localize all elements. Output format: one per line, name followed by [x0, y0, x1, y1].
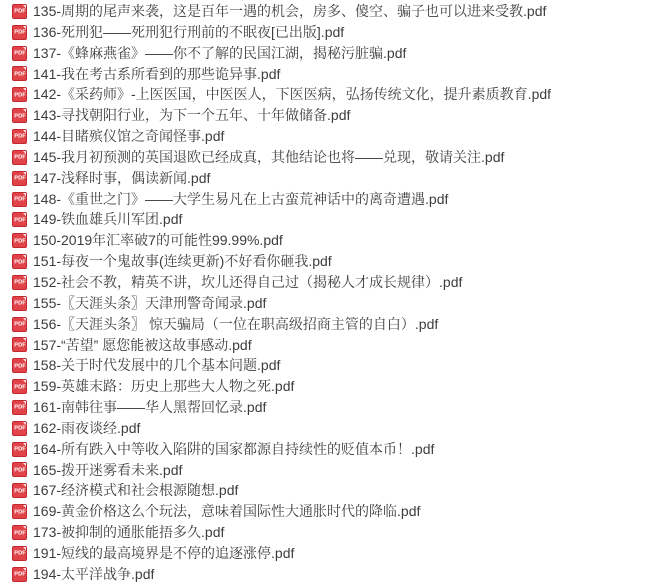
- pdf-file-icon: PDF: [12, 400, 27, 415]
- page-fold-corner: [22, 442, 27, 447]
- page-fold-corner: [22, 25, 27, 30]
- page-fold-corner: [22, 379, 27, 384]
- file-row[interactable]: PDF 167-经济模式和社会根源随想.pdf: [0, 480, 651, 501]
- pdf-icon-text: PDF: [14, 9, 26, 15]
- pdf-file-icon: PDF: [12, 212, 27, 227]
- file-row[interactable]: PDF 136-死刑犯——死刑犯行刑前的不眠夜[已出版].pdf: [0, 22, 651, 43]
- pdf-icon-text: PDF: [14, 196, 26, 202]
- page-fold-corner: [22, 400, 27, 405]
- pdf-file-icon: PDF: [12, 254, 27, 269]
- pdf-icon-text: PDF: [14, 384, 26, 390]
- file-name-label[interactable]: 142-《采药师》-上医医国，中医医人，下医医病，弘扬传统文化，提升素质教育.p…: [33, 84, 551, 105]
- pdf-file-icon: PDF: [12, 296, 27, 311]
- page-fold-corner: [22, 421, 27, 426]
- file-name-label[interactable]: 152-社会不教，精英不讲，坎儿还得自己过（揭秘人才成长规律）.pdf: [33, 272, 462, 293]
- page-fold-corner: [22, 192, 27, 197]
- file-name-label[interactable]: 137-《蜂麻燕雀》——你不了解的民国江湖，揭秘污脏骗.pdf: [33, 43, 406, 64]
- page-fold-corner: [22, 546, 27, 551]
- pdf-icon-text: PDF: [14, 425, 26, 431]
- page-fold-corner: [22, 212, 27, 217]
- file-row[interactable]: PDF 156-〖天涯头条〗 惊天骗局（一位在职高级招商主管的自白）.pdf: [0, 314, 651, 335]
- file-name-label[interactable]: 144-目睹殡仪馆之奇闻怪事.pdf: [33, 126, 224, 147]
- pdf-icon-text: PDF: [14, 259, 26, 265]
- pdf-file-icon: PDF: [12, 567, 27, 582]
- file-name-label[interactable]: 158-关于时代发展中的几个基本问题.pdf: [33, 355, 280, 376]
- pdf-file-icon: PDF: [12, 192, 27, 207]
- page-fold-corner: [22, 46, 27, 51]
- page-fold-corner: [22, 171, 27, 176]
- pdf-file-icon: PDF: [12, 233, 27, 248]
- file-name-label[interactable]: 148-《重世之门》——大学生易凡在上古蛮荒神话中的离奇遭遇.pdf: [33, 189, 448, 210]
- file-name-label[interactable]: 151-每夜一个鬼故事(连续更新)不好看你砸我.pdf: [33, 251, 332, 272]
- pdf-file-icon: PDF: [12, 442, 27, 457]
- page-fold-corner: [22, 504, 27, 509]
- file-row[interactable]: PDF 144-目睹殡仪馆之奇闻怪事.pdf: [0, 126, 651, 147]
- page-fold-corner: [22, 337, 27, 342]
- file-name-label[interactable]: 173-被抑制的通胀能捂多久.pdf: [33, 522, 224, 543]
- pdf-icon-text: PDF: [14, 280, 26, 286]
- pdf-file-icon: PDF: [12, 275, 27, 290]
- file-row[interactable]: PDF 145-我月初预测的英国退欧已经成真，其他结论也将——兑现，敬请关注.p…: [0, 147, 651, 168]
- file-row[interactable]: PDF 152-社会不教，精英不讲，坎儿还得自己过（揭秘人才成长规律）.pdf: [0, 272, 651, 293]
- pdf-icon-text: PDF: [14, 321, 26, 327]
- pdf-icon-text: PDF: [14, 50, 26, 56]
- file-row[interactable]: PDF 194-太平洋战争.pdf: [0, 564, 651, 585]
- file-name-label[interactable]: 150-2019年汇率破7的可能性99.99%.pdf: [33, 230, 283, 251]
- pdf-icon-text: PDF: [14, 571, 26, 577]
- file-name-label[interactable]: 141-我在考古系所看到的那些诡异事.pdf: [33, 64, 280, 85]
- file-row[interactable]: PDF 151-每夜一个鬼故事(连续更新)不好看你砸我.pdf: [0, 251, 651, 272]
- pdf-file-icon: PDF: [12, 421, 27, 436]
- file-row[interactable]: PDF 169-黄金价格这么个玩法，意味着国际性大通胀时代的降临.pdf: [0, 501, 651, 522]
- pdf-file-icon: PDF: [12, 483, 27, 498]
- page-fold-corner: [22, 483, 27, 488]
- pdf-icon-text: PDF: [14, 405, 26, 411]
- file-name-label[interactable]: 135-周期的尾声来袭，这是百年一遇的机会，房多、傻空、骗子也可以进来受教.pd…: [33, 1, 546, 22]
- file-row[interactable]: PDF 161-南韩往事——华人黑帮回忆录.pdf: [0, 397, 651, 418]
- page-fold-corner: [22, 525, 27, 530]
- pdf-file-icon: PDF: [12, 462, 27, 477]
- pdf-icon-text: PDF: [14, 550, 26, 556]
- pdf-icon-text: PDF: [14, 238, 26, 244]
- file-name-label[interactable]: 161-南韩往事——华人黑帮回忆录.pdf: [33, 397, 266, 418]
- pdf-icon-text: PDF: [14, 134, 26, 140]
- pdf-icon-text: PDF: [14, 509, 26, 515]
- page-fold-corner: [22, 129, 27, 134]
- pdf-file-icon: PDF: [12, 317, 27, 332]
- file-name-label[interactable]: 165-拨开迷雾看未来.pdf: [33, 460, 182, 481]
- file-row[interactable]: PDF 164-所有跌入中等收入陷阱的国家都源自持续性的贬值本币！.pdf: [0, 439, 651, 460]
- page-fold-corner: [22, 87, 27, 92]
- page-fold-corner: [22, 4, 27, 9]
- pdf-icon-text: PDF: [14, 300, 26, 306]
- pdf-icon-text: PDF: [14, 175, 26, 181]
- file-name-label[interactable]: 149-铁血雄兵川军团.pdf: [33, 209, 182, 230]
- pdf-file-icon: PDF: [12, 379, 27, 394]
- file-row[interactable]: PDF 155-〖天涯头条〗天津刑警奇闻录.pdf: [0, 293, 651, 314]
- file-name-label[interactable]: 164-所有跌入中等收入陷阱的国家都源自持续性的贬值本币！.pdf: [33, 439, 434, 460]
- pdf-icon-text: PDF: [14, 92, 26, 98]
- pdf-icon-text: PDF: [14, 446, 26, 452]
- pdf-file-icon: PDF: [12, 25, 27, 40]
- file-name-label[interactable]: 159-英雄末路：历史上那些大人物之死.pdf: [33, 376, 294, 397]
- pdf-icon-text: PDF: [14, 113, 26, 119]
- pdf-icon-text: PDF: [14, 71, 26, 77]
- file-name-label[interactable]: 157-“苦望” 愿您能被这故事感动.pdf: [33, 335, 252, 356]
- file-row[interactable]: PDF 165-拨开迷雾看未来.pdf: [0, 460, 651, 481]
- file-name-label[interactable]: 194-太平洋战争.pdf: [33, 564, 154, 585]
- pdf-file-icon: PDF: [12, 66, 27, 81]
- pdf-file-icon: PDF: [12, 525, 27, 540]
- file-name-label[interactable]: 145-我月初预测的英国退欧已经成真，其他结论也将——兑现，敬请关注.pdf: [33, 147, 504, 168]
- file-name-label[interactable]: 156-〖天涯头条〗 惊天骗局（一位在职高级招商主管的自白）.pdf: [33, 314, 438, 335]
- pdf-file-icon: PDF: [12, 87, 27, 102]
- file-row[interactable]: PDF 162-雨夜谈经.pdf: [0, 418, 651, 439]
- page-fold-corner: [22, 358, 27, 363]
- pdf-file-icon: PDF: [12, 150, 27, 165]
- file-name-label[interactable]: 167-经济模式和社会根源随想.pdf: [33, 480, 238, 501]
- page-fold-corner: [22, 254, 27, 259]
- file-name-label[interactable]: 155-〖天涯头条〗天津刑警奇闻录.pdf: [33, 293, 266, 314]
- file-row[interactable]: PDF 149-铁血雄兵川军团.pdf: [0, 209, 651, 230]
- page-fold-corner: [22, 567, 27, 572]
- page-fold-corner: [22, 66, 27, 71]
- file-name-label[interactable]: 143-寻找朝阳行业，为下一个五年、十年做储备.pdf: [33, 105, 350, 126]
- pdf-icon-text: PDF: [14, 530, 26, 536]
- file-name-label[interactable]: 136-死刑犯——死刑犯行刑前的不眠夜[已出版].pdf: [33, 22, 344, 43]
- pdf-icon-text: PDF: [14, 467, 26, 473]
- pdf-file-icon: PDF: [12, 171, 27, 186]
- file-row[interactable]: PDF 191-短线的最高境界是不停的追逐涨停.pdf: [0, 543, 651, 564]
- file-row[interactable]: PDF 147-浅释时事，偶读新闻.pdf: [0, 168, 651, 189]
- page-fold-corner: [22, 233, 27, 238]
- file-row[interactable]: PDF 143-寻找朝阳行业，为下一个五年、十年做储备.pdf: [0, 105, 651, 126]
- file-name-label[interactable]: 147-浅释时事，偶读新闻.pdf: [33, 168, 210, 189]
- pdf-file-icon: PDF: [12, 337, 27, 352]
- page-fold-corner: [22, 275, 27, 280]
- file-row[interactable]: PDF 158-关于时代发展中的几个基本问题.pdf: [0, 355, 651, 376]
- file-name-label[interactable]: 169-黄金价格这么个玩法，意味着国际性大通胀时代的降临.pdf: [33, 501, 420, 522]
- page-fold-corner: [22, 150, 27, 155]
- file-row[interactable]: PDF 137-《蜂麻燕雀》——你不了解的民国江湖，揭秘污脏骗.pdf: [0, 43, 651, 64]
- pdf-icon-text: PDF: [14, 29, 26, 35]
- pdf-file-icon: PDF: [12, 129, 27, 144]
- pdf-file-icon: PDF: [12, 504, 27, 519]
- pdf-file-icon: PDF: [12, 108, 27, 123]
- file-row[interactable]: PDF 150-2019年汇率破7的可能性99.99%.pdf: [0, 230, 651, 251]
- file-row[interactable]: PDF 173-被抑制的通胀能捂多久.pdf: [0, 522, 651, 543]
- page-fold-corner: [22, 317, 27, 322]
- pdf-file-icon: PDF: [12, 546, 27, 561]
- pdf-icon-text: PDF: [14, 217, 26, 223]
- page-fold-corner: [22, 462, 27, 467]
- pdf-icon-text: PDF: [14, 342, 26, 348]
- page-fold-corner: [22, 108, 27, 113]
- file-row[interactable]: PDF 141-我在考古系所看到的那些诡异事.pdf: [0, 64, 651, 85]
- file-name-label[interactable]: 162-雨夜谈经.pdf: [33, 418, 140, 439]
- page-fold-corner: [22, 296, 27, 301]
- pdf-file-icon: PDF: [12, 358, 27, 373]
- pdf-file-icon: PDF: [12, 4, 27, 19]
- file-row[interactable]: PDF 148-《重世之门》——大学生易凡在上古蛮荒神话中的离奇遭遇.pdf: [0, 189, 651, 210]
- file-row[interactable]: PDF 142-《采药师》-上医医国，中医医人，下医医病，弘扬传统文化，提升素质…: [0, 84, 651, 105]
- pdf-file-list: PDF 135-周期的尾声来袭，这是百年一遇的机会，房多、傻空、骗子也可以进来受…: [0, 0, 651, 585]
- pdf-icon-text: PDF: [14, 154, 26, 160]
- file-row[interactable]: PDF 157-“苦望” 愿您能被这故事感动.pdf: [0, 335, 651, 356]
- file-name-label[interactable]: 191-短线的最高境界是不停的追逐涨停.pdf: [33, 543, 294, 564]
- file-row[interactable]: PDF 159-英雄末路：历史上那些大人物之死.pdf: [0, 376, 651, 397]
- pdf-icon-text: PDF: [14, 488, 26, 494]
- pdf-file-icon: PDF: [12, 46, 27, 61]
- file-row[interactable]: PDF 135-周期的尾声来袭，这是百年一遇的机会，房多、傻空、骗子也可以进来受…: [0, 1, 651, 22]
- pdf-icon-text: PDF: [14, 363, 26, 369]
